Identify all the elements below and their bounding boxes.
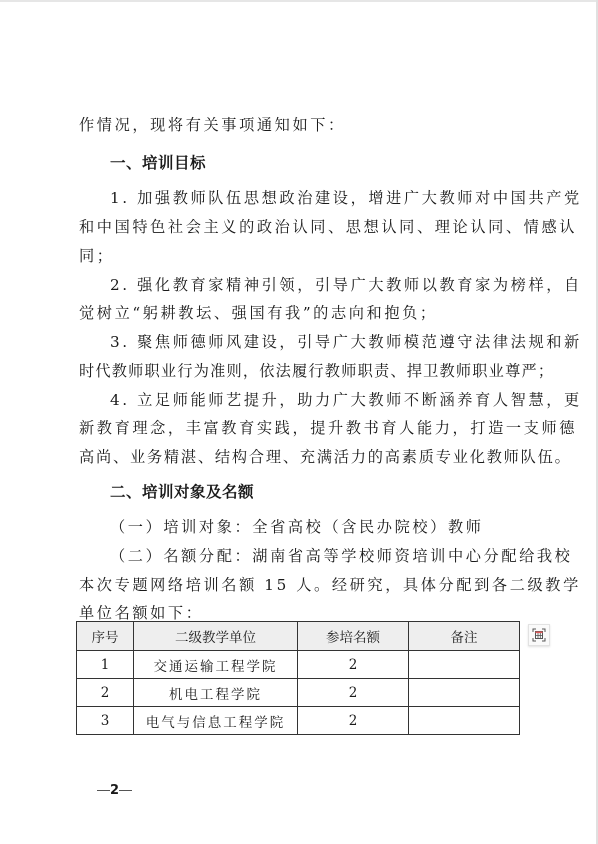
- paragraph-line: 本次专题网络培训名额 15 人。经研究，具体分配到各二级教学: [79, 574, 581, 595]
- table-select-button[interactable]: [528, 624, 550, 646]
- paragraph-line: 高尚、业务精湛、结构合理、充满活力的高素质专业化教师队伍。: [79, 446, 572, 467]
- page-number-value: 2: [110, 783, 119, 798]
- cell-unit: 交通运输工程学院: [134, 651, 298, 679]
- top-edge: [0, 0, 598, 2]
- column-header-unit: 二级教学单位: [134, 622, 298, 651]
- paragraph-line: 新教育理念，丰富教育实践，提升教书育人能力，打造一支师德: [79, 417, 577, 438]
- paragraph-line: 3. 聚焦师德师风建设，引导广大教师模范遵守法律法规和新: [110, 331, 582, 352]
- column-header-remarks: 备注: [409, 622, 520, 651]
- cell-quota: 2: [298, 651, 409, 679]
- table-row: 3 电气与信息工程学院 2: [77, 707, 520, 735]
- paragraph-line: 4. 立足师能师艺提升，助力广大教师不断涵养育人智慧，更: [110, 389, 582, 410]
- table-row: 1 交通运输工程学院 2: [77, 651, 520, 679]
- cell-index: 2: [77, 679, 134, 707]
- table-row: 2 机电工程学院 2: [77, 679, 520, 707]
- table-select-icon: [532, 628, 546, 642]
- column-header-quota: 参培名额: [298, 622, 409, 651]
- paragraph-line: 单位名额如下：: [79, 602, 204, 623]
- table-header-row: 序号 二级教学单位 参培名额 备注: [77, 622, 520, 651]
- paragraph-line: 作情况，现将有关事项通知如下：: [79, 114, 346, 135]
- cell-unit: 电气与信息工程学院: [134, 707, 298, 735]
- section-heading-goals: 一、培训目标: [110, 151, 206, 173]
- section-heading-trainees: 二、培训对象及名额: [110, 480, 254, 502]
- paragraph-line: 同；: [79, 245, 115, 266]
- paragraph-line: 和中国特色社会主义的政治认同、思想认同、理论认同、情感认: [79, 216, 577, 237]
- page-number: 2: [97, 783, 132, 798]
- cell-remarks: [409, 679, 520, 707]
- allocation-table: 序号 二级教学单位 参培名额 备注 1 交通运输工程学院 2 2 机电工程学院 …: [76, 621, 520, 735]
- paragraph-line: （二）名额分配：湖南省高等学校师资培训中心分配给我校: [110, 545, 572, 566]
- cell-quota: 2: [298, 679, 409, 707]
- paragraph-line: 2. 强化教育家精神引领，引导广大教师以教育家为榜样，自: [110, 274, 582, 295]
- cell-index: 3: [77, 707, 134, 735]
- cell-remarks: [409, 707, 520, 735]
- cell-index: 1: [77, 651, 134, 679]
- page-number-dash: [119, 790, 132, 791]
- page-number-dash: [97, 790, 110, 791]
- paragraph-line: 1. 加强教师队伍思想政治建设，增进广大教师对中国共产党: [110, 187, 582, 208]
- cell-quota: 2: [298, 707, 409, 735]
- column-header-index: 序号: [77, 622, 134, 651]
- cell-unit: 机电工程学院: [134, 679, 298, 707]
- paragraph-line: 时代教师职业行为准则，依法履行教师职责、捍卫教师职业尊严；: [79, 360, 554, 381]
- paragraph-line: 觉树立“躬耕教坛、强国有我”的志向和抱负；: [79, 302, 438, 323]
- cell-remarks: [409, 651, 520, 679]
- paragraph-line: （一）培训对象：全省高校（含民办院校）教师: [110, 516, 484, 537]
